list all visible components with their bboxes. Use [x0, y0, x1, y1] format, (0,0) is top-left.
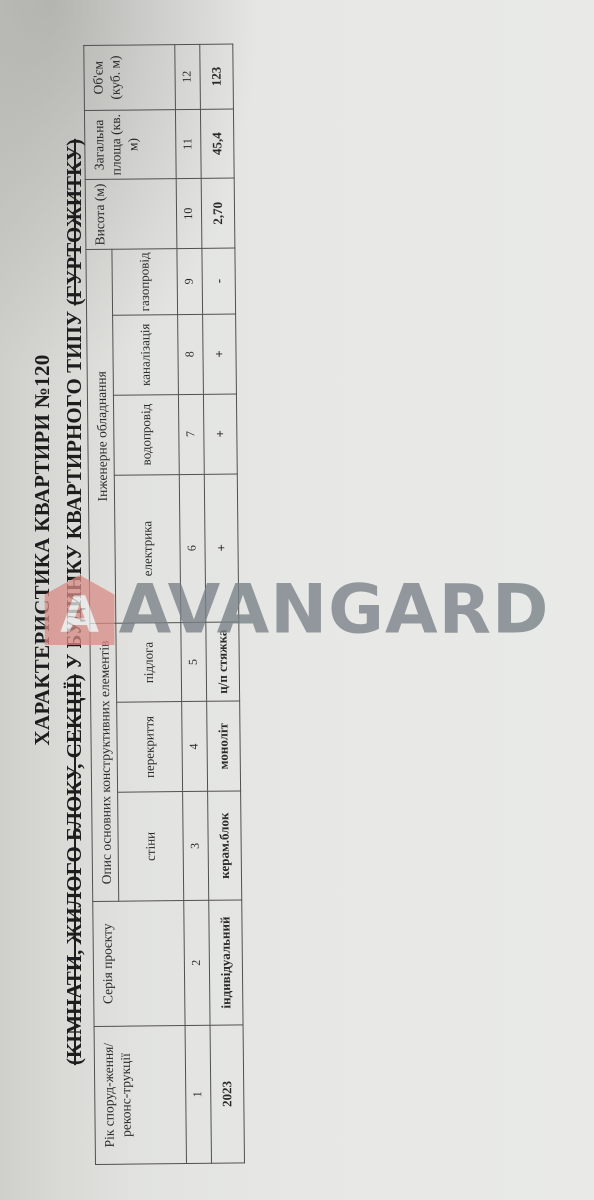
column-number: 3: [182, 791, 208, 901]
header-water: водопровід: [113, 394, 179, 474]
header-ceilings: перекриття: [117, 702, 183, 792]
value-year: 2023: [210, 1025, 244, 1164]
column-number: 2: [184, 900, 210, 1025]
column-number: 5: [181, 622, 207, 702]
column-number: 11: [175, 109, 201, 179]
subtitle-struck-part-2: (ГУРТОЖИТКУ): [62, 139, 86, 306]
header-area: Загальна площа (кв. м): [84, 109, 176, 180]
value-series: індивідуальний: [209, 900, 243, 1025]
value-ceilings: моноліт: [207, 701, 241, 791]
document-page: ХАРАКТЕРИСТИКА КВАРТИРИ №120 (КІМНАТИ, Ж…: [0, 0, 594, 1200]
column-number: 4: [182, 702, 208, 792]
value-floor: ц/п стяжка: [206, 622, 240, 702]
column-number: 9: [177, 248, 203, 314]
column-number: 1: [185, 1025, 211, 1164]
value-walls: керам.блок: [207, 791, 241, 901]
column-number: 7: [178, 394, 204, 474]
value-height: 2,70: [201, 178, 235, 248]
header-height: Висота (м): [85, 179, 177, 250]
value-sewage: +: [202, 314, 236, 394]
document-title: ХАРАКТЕРИСТИКА КВАРТИРИ №120: [30, 340, 55, 760]
column-number: 10: [176, 179, 202, 249]
column-number: 6: [179, 474, 206, 623]
header-engineering: Інженерне обладнання: [86, 249, 116, 623]
header-gas: газопровід: [112, 249, 178, 316]
header-year: Рік споруд-ження/ реконс-трукції: [94, 1025, 186, 1164]
header-walls: стіни: [117, 791, 183, 901]
header-electricity: електрика: [114, 474, 181, 623]
value-electricity: +: [204, 473, 239, 622]
document-subtitle: (КІМНАТИ, ЖИЛОГО БЛОКУ, СЕКЦІЇ) У БУДИНК…: [62, 92, 87, 1112]
value-gas: -: [202, 248, 236, 314]
header-structural-elements: Опис основних конструктивних елементів: [90, 623, 119, 902]
subtitle-main-part: У БУДИНКУ КВАРТИРНОГО ТИПУ: [62, 306, 86, 675]
value-volume: 123: [200, 44, 234, 109]
column-number: 12: [175, 44, 201, 109]
column-number: 8: [177, 314, 203, 394]
header-floor: підлога: [116, 622, 182, 702]
header-volume: Об'єм (куб. м): [84, 45, 176, 111]
subtitle-struck-part-1: (КІМНАТИ, ЖИЛОГО БЛОКУ, СЕКЦІЇ): [62, 674, 86, 1065]
apartment-characteristics-table: Рік споруд-ження/ реконс-трукції Серія п…: [83, 43, 245, 1165]
value-water: +: [203, 394, 237, 474]
header-series: Серія проєкту: [93, 901, 185, 1026]
value-area: 45,4: [200, 109, 234, 179]
header-sewage: каналізація: [112, 315, 178, 395]
